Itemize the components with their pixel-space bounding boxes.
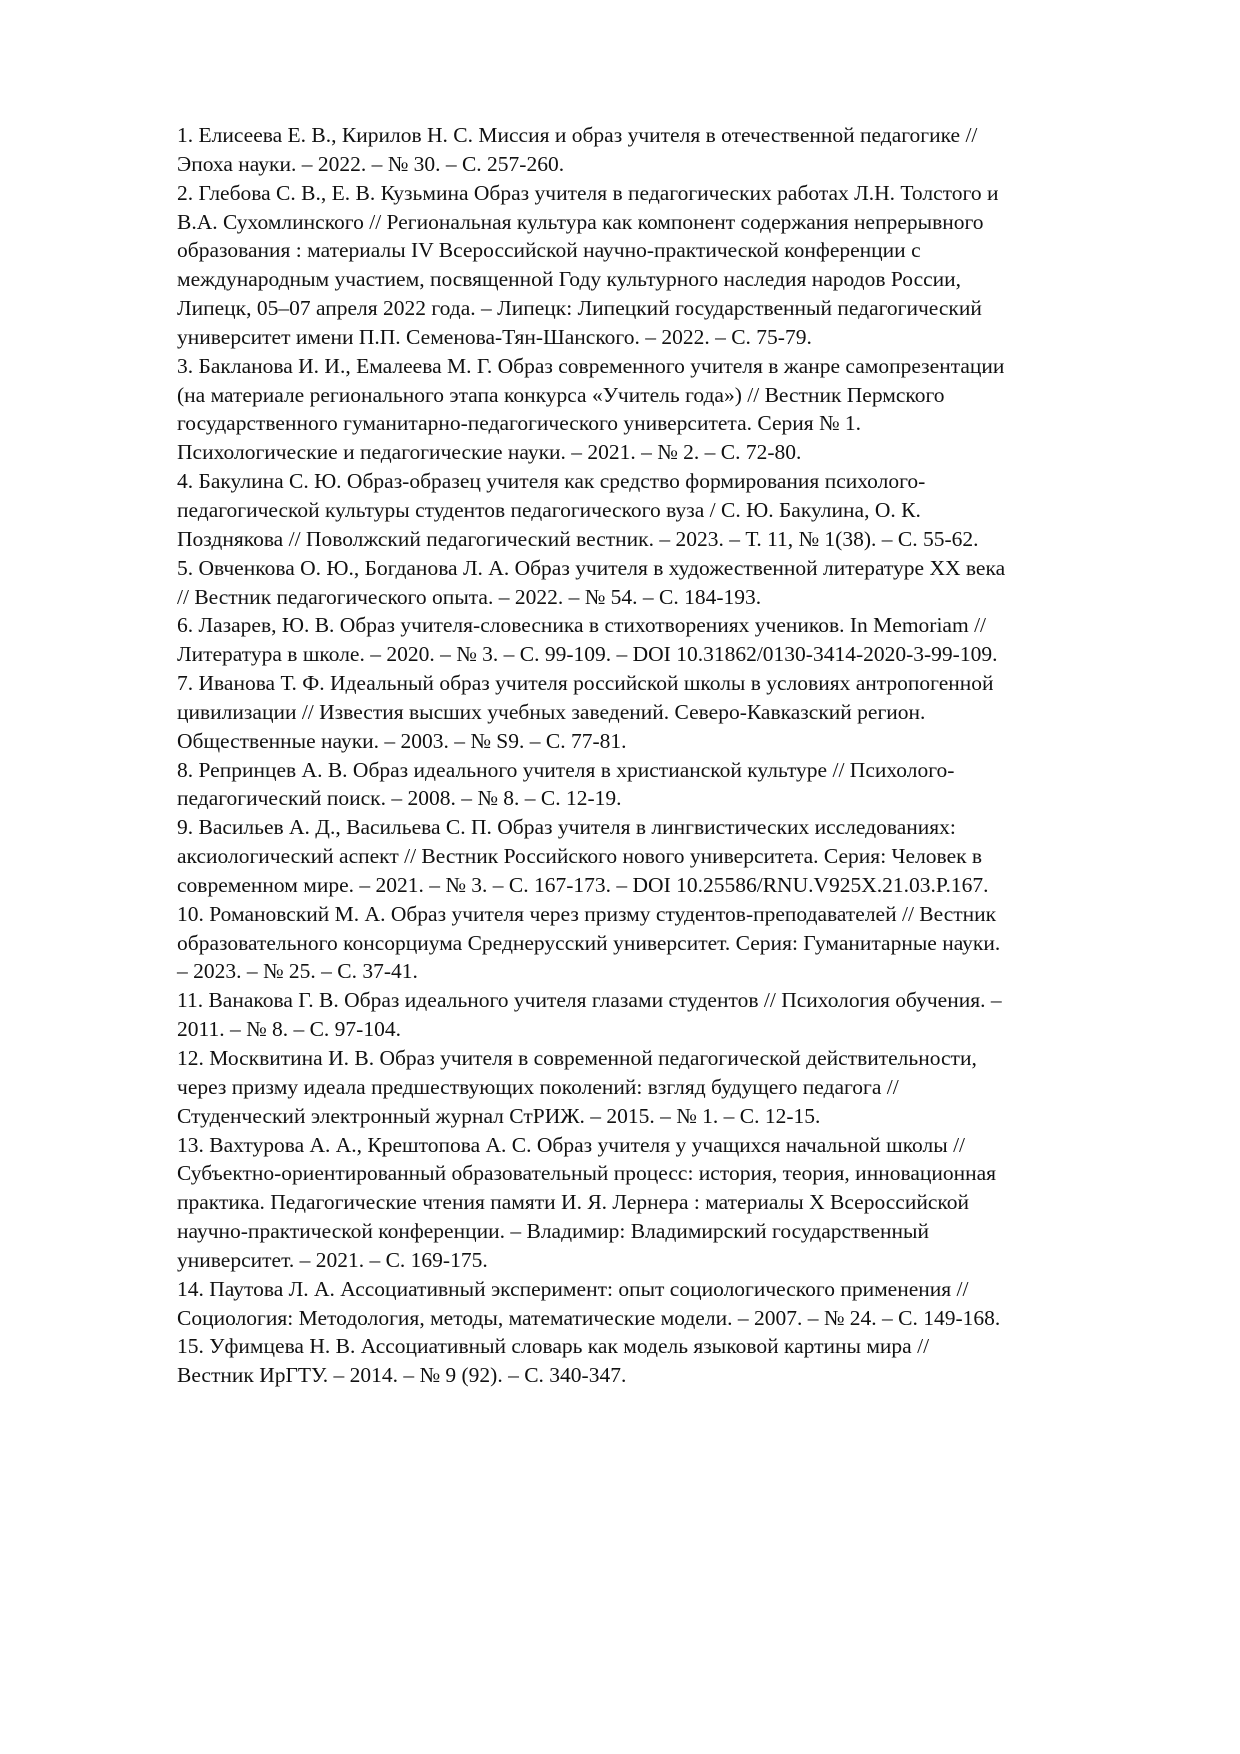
- reference-line: Позднякова // Поволжский педагогический …: [177, 525, 1157, 554]
- reference-line: университет. – 2021. – С. 169-175.: [177, 1246, 1157, 1275]
- reference-line: 12. Москвитина И. В. Образ учителя в сов…: [177, 1044, 1157, 1073]
- reference-item: 13. Вахтурова А. А., Крештопова А. С. Об…: [177, 1131, 1157, 1275]
- reference-line: 14. Паутова Л. А. Ассоциативный эксперим…: [177, 1275, 1157, 1304]
- reference-line: 13. Вахтурова А. А., Крештопова А. С. Об…: [177, 1131, 1157, 1160]
- reference-item: 2. Глебова С. В., Е. В. Кузьмина Образ у…: [177, 179, 1157, 352]
- reference-line: Социология: Методология, методы, математ…: [177, 1304, 1157, 1333]
- reference-line: Студенческий электронный журнал СтРИЖ. –…: [177, 1102, 1157, 1131]
- reference-line: образовательного консорциума Среднерусск…: [177, 929, 1157, 958]
- reference-item: 14. Паутова Л. А. Ассоциативный эксперим…: [177, 1275, 1157, 1333]
- reference-line: цивилизации // Известия высших учебных з…: [177, 698, 1157, 727]
- reference-line: 1. Елисеева Е. В., Кирилов Н. С. Миссия …: [177, 121, 1157, 150]
- reference-line: 3. Бакланова И. И., Емалеева М. Г. Образ…: [177, 352, 1157, 381]
- reference-item: 4. Бакулина С. Ю. Образ-образец учителя …: [177, 467, 1157, 554]
- reference-line: педагогической культуры студентов педаго…: [177, 496, 1157, 525]
- reference-line: научно-практической конференции. – Влади…: [177, 1217, 1157, 1246]
- reference-item: 1. Елисеева Е. В., Кирилов Н. С. Миссия …: [177, 121, 1157, 179]
- reference-item: 5. Овченкова О. Ю., Богданова Л. А. Обра…: [177, 554, 1157, 612]
- reference-line: Общественные науки. – 2003. – № S9. – С.…: [177, 727, 1157, 756]
- reference-line: Психологические и педагогические науки. …: [177, 438, 1157, 467]
- reference-line: университет имени П.П. Семенова-Тян-Шанс…: [177, 323, 1157, 352]
- reference-item: 8. Репринцев А. В. Образ идеального учит…: [177, 756, 1157, 814]
- reference-line: (на материале регионального этапа конкур…: [177, 381, 1157, 410]
- document-page: 1. Елисеева Е. В., Кирилов Н. С. Миссия …: [0, 0, 1240, 1754]
- reference-line: педагогический поиск. – 2008. – № 8. – С…: [177, 784, 1157, 813]
- reference-item: 10. Романовский М. А. Образ учителя чере…: [177, 900, 1157, 987]
- reference-line: 9. Васильев А. Д., Васильева С. П. Образ…: [177, 813, 1157, 842]
- reference-line: современном мире. – 2021. – № 3. – С. 16…: [177, 871, 1157, 900]
- reference-line: 4. Бакулина С. Ю. Образ-образец учителя …: [177, 467, 1157, 496]
- reference-line: 15. Уфимцева Н. В. Ассоциативный словарь…: [177, 1332, 1157, 1361]
- reference-line: Субъектно-ориентированный образовательны…: [177, 1159, 1157, 1188]
- reference-list: 1. Елисеева Е. В., Кирилов Н. С. Миссия …: [177, 121, 1157, 1390]
- reference-item: 9. Васильев А. Д., Васильева С. П. Образ…: [177, 813, 1157, 900]
- reference-line: через призму идеала предшествующих покол…: [177, 1073, 1157, 1102]
- reference-item: 6. Лазарев, Ю. В. Образ учителя-словесни…: [177, 611, 1157, 669]
- reference-line: Литература в школе. – 2020. – № 3. – С. …: [177, 640, 1157, 669]
- reference-line: государственного гуманитарно-педагогичес…: [177, 409, 1157, 438]
- reference-line: – 2023. – № 25. – С. 37-41.: [177, 957, 1157, 986]
- reference-item: 11. Ванакова Г. В. Образ идеального учит…: [177, 986, 1157, 1044]
- reference-line: международным участием, посвященной Году…: [177, 265, 1157, 294]
- reference-line: 2011. – № 8. – С. 97-104.: [177, 1015, 1157, 1044]
- reference-line: практика. Педагогические чтения памяти И…: [177, 1188, 1157, 1217]
- reference-line: 7. Иванова Т. Ф. Идеальный образ учителя…: [177, 669, 1157, 698]
- reference-item: 7. Иванова Т. Ф. Идеальный образ учителя…: [177, 669, 1157, 756]
- reference-line: Липецк, 05–07 апреля 2022 года. – Липецк…: [177, 294, 1157, 323]
- reference-line: // Вестник педагогического опыта. – 2022…: [177, 583, 1157, 612]
- reference-line: 5. Овченкова О. Ю., Богданова Л. А. Обра…: [177, 554, 1157, 583]
- reference-line: В.А. Сухомлинского // Региональная культ…: [177, 208, 1157, 237]
- reference-line: 10. Романовский М. А. Образ учителя чере…: [177, 900, 1157, 929]
- reference-line: Эпоха науки. – 2022. – № 30. – С. 257-26…: [177, 150, 1157, 179]
- reference-line: образования : материалы IV Всероссийской…: [177, 236, 1157, 265]
- reference-line: 8. Репринцев А. В. Образ идеального учит…: [177, 756, 1157, 785]
- reference-line: 2. Глебова С. В., Е. В. Кузьмина Образ у…: [177, 179, 1157, 208]
- reference-item: 12. Москвитина И. В. Образ учителя в сов…: [177, 1044, 1157, 1131]
- reference-line: аксиологический аспект // Вестник Россий…: [177, 842, 1157, 871]
- reference-item: 3. Бакланова И. И., Емалеева М. Г. Образ…: [177, 352, 1157, 467]
- reference-item: 15. Уфимцева Н. В. Ассоциативный словарь…: [177, 1332, 1157, 1390]
- reference-line: Вестник ИрГТУ. – 2014. – № 9 (92). – С. …: [177, 1361, 1157, 1390]
- reference-line: 11. Ванакова Г. В. Образ идеального учит…: [177, 986, 1157, 1015]
- reference-line: 6. Лазарев, Ю. В. Образ учителя-словесни…: [177, 611, 1157, 640]
